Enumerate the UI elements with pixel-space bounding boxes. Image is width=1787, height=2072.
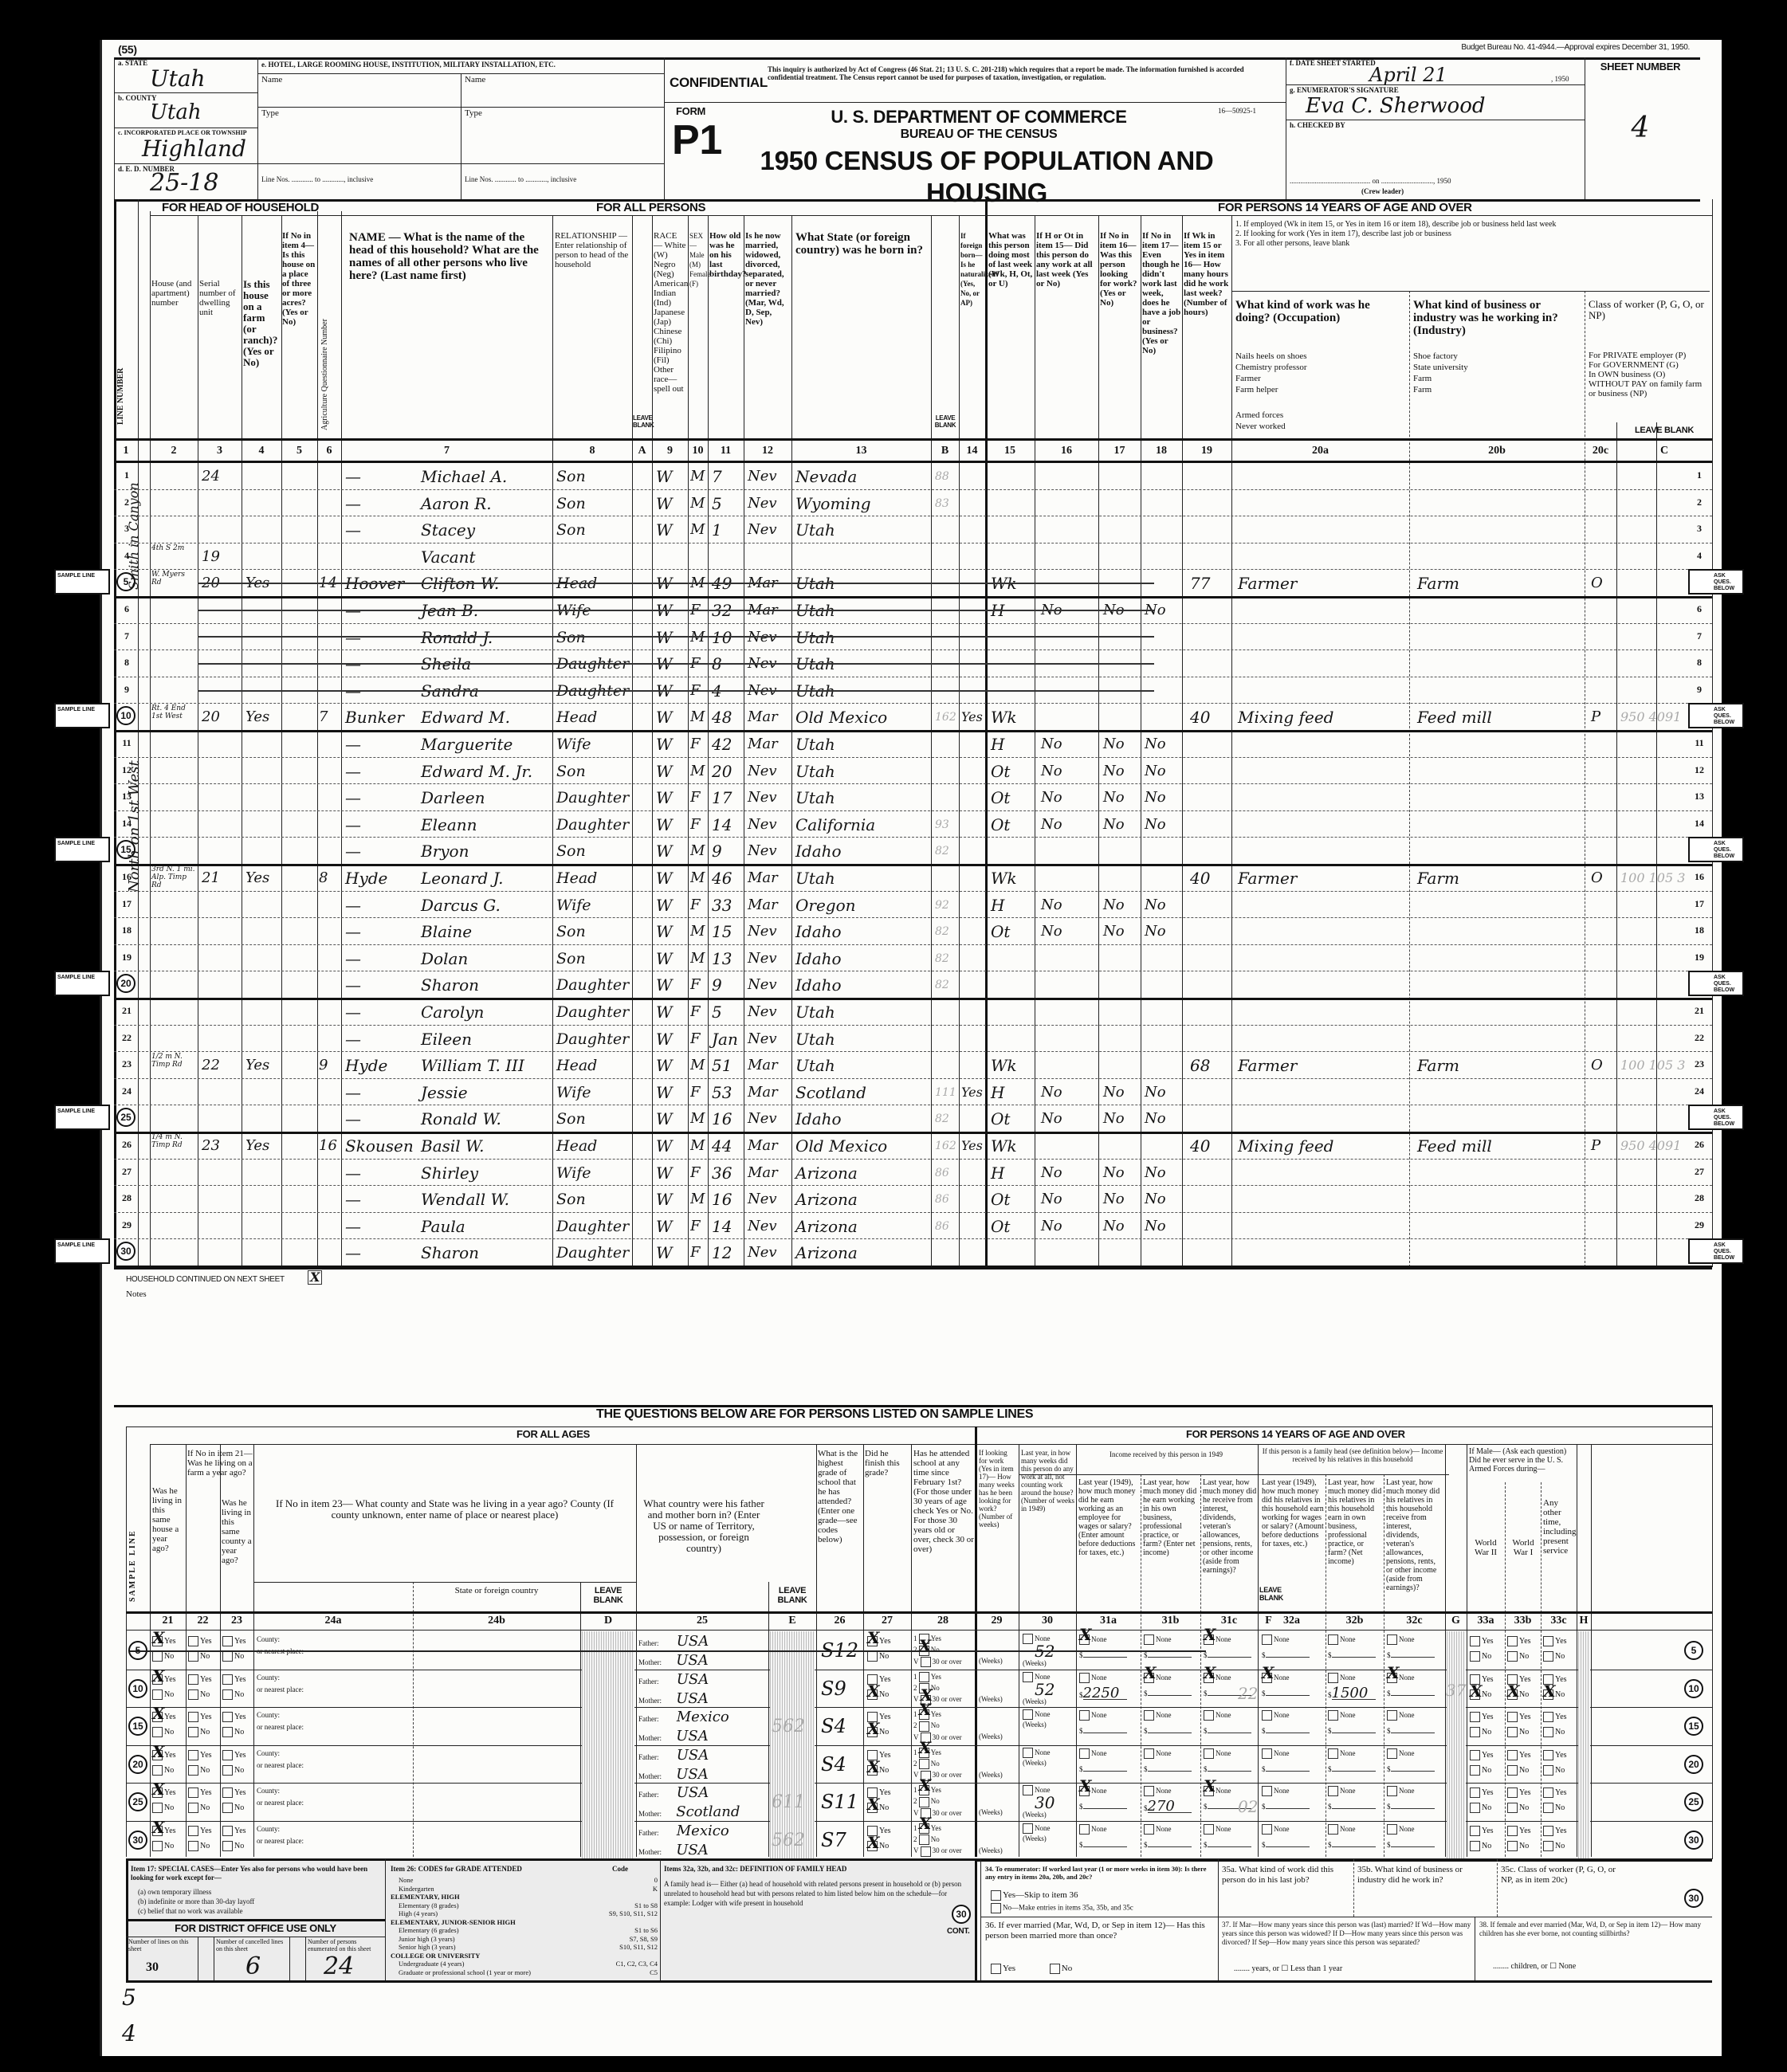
grade-code-item: Senior high (3 years)S10, S11, S12 [391, 1943, 658, 1952]
q30-none-checkbox[interactable] [1023, 1634, 1033, 1644]
cell-sex: M [690, 842, 705, 861]
q22-farm-no-checkbox[interactable] [188, 1803, 198, 1813]
q33a-ww2-yes-checkbox[interactable] [1470, 1636, 1480, 1646]
margin-note-top: Smith in Canyon [126, 470, 141, 590]
q23-same-county-yes-checkbox[interactable] [222, 1750, 233, 1760]
q23-same-county-no-checkbox[interactable] [222, 1727, 233, 1737]
q33c-other-service-no-checkbox[interactable] [1543, 1765, 1553, 1776]
q32c-relatives-other-none-checkbox[interactable] [1387, 1634, 1397, 1645]
q27-finished-grade-yes-checkbox[interactable] [867, 1636, 878, 1646]
q31a-wages-amount[interactable] [1083, 1733, 1127, 1733]
q31c-other-income-none-checkbox[interactable] [1204, 1786, 1214, 1796]
q33c-other-service-yes-checkbox[interactable] [1543, 1826, 1553, 1836]
q31c-other-income-amount[interactable] [1208, 1771, 1251, 1772]
cell-race: W [656, 1136, 673, 1156]
cell-marital: Mar [748, 735, 778, 754]
q33b-ww1-no-checkbox[interactable] [1507, 1727, 1518, 1737]
cell-activity: Ot [991, 922, 1010, 941]
class-examples: For PRIVATE employer (P) For GOVERNMENT … [1589, 351, 1708, 398]
cell-b: 88 [935, 467, 949, 486]
cell-farm: Yes [245, 1056, 269, 1075]
mother-birthplace: USA [676, 1690, 709, 1707]
q24-county-field[interactable]: County:or nearest place: [257, 1634, 304, 1658]
cell-given: Basil W. [421, 1136, 484, 1156]
q33c-other-service-yes-checkbox[interactable] [1543, 1636, 1553, 1646]
cell-farm: Yes [245, 869, 269, 888]
sample-column-number-27: 27 [863, 1615, 911, 1627]
cell-rel: Head [556, 869, 597, 888]
cell-marital: Nev [748, 1003, 777, 1022]
q33b-ww1-no-checkbox[interactable] [1507, 1803, 1518, 1813]
q23-same-county-yes-checkbox[interactable] [222, 1674, 233, 1685]
q35a-text: 35a. What kind of work did this person d… [1222, 1865, 1349, 1886]
q32b-relatives-business-none-checkbox[interactable] [1328, 1634, 1338, 1645]
q21-same-house-yes-checkbox[interactable] [152, 1787, 163, 1798]
cell-race: W [656, 494, 673, 513]
q22-farm-yes-checkbox[interactable] [188, 1787, 198, 1798]
cell-born: Utah [795, 1030, 835, 1049]
q31b-own-business-none-checkbox[interactable] [1144, 1634, 1154, 1645]
cell-b: 86 [935, 1164, 949, 1183]
table-row[interactable] [114, 543, 1712, 570]
q33b-ww1-no-checkbox[interactable] [1507, 1765, 1518, 1776]
line-number: 21 [116, 1005, 138, 1017]
q27-finished-grade-no-checkbox[interactable] [867, 1803, 878, 1813]
q30-none-checkbox[interactable] [1023, 1748, 1033, 1758]
cell-race: W [656, 735, 673, 754]
q32b-relatives-business-none-checkbox[interactable] [1328, 1710, 1338, 1721]
line-number-right: 6 [1688, 603, 1710, 615]
q33a-ww2-yes-checkbox[interactable] [1470, 1826, 1480, 1836]
column-number-4: 4 [242, 445, 281, 457]
q32a-relatives-wages-amount[interactable] [1266, 1733, 1310, 1733]
line-number-right: 9 [1688, 684, 1710, 696]
q27-finished-grade: YesNo [867, 1785, 891, 1815]
q21-same-house-yes-checkbox[interactable] [152, 1674, 163, 1685]
q31a-wages-amount[interactable] [1083, 1808, 1127, 1809]
grade-code-header: Code [612, 1865, 628, 1873]
cell-b: 82 [935, 922, 949, 941]
q23-same-county-no-checkbox[interactable] [222, 1765, 233, 1776]
q21-same-house-no-checkbox[interactable] [152, 1651, 163, 1662]
column-number-1: 1 [114, 445, 138, 457]
q32b-relatives-business-amount[interactable] [1332, 1846, 1376, 1847]
q32a-relatives-wages-amount[interactable] [1266, 1846, 1310, 1847]
q28-yes-checkbox[interactable] [919, 1709, 929, 1720]
strike-through-line [198, 663, 1154, 665]
cell-rel: Daughter [556, 975, 629, 995]
cell-house: 1/2 m N. Timp Rd [151, 1053, 195, 1069]
q33b-ww1-no-checkbox[interactable] [1507, 1651, 1518, 1662]
cell-rel: Son [556, 1190, 586, 1209]
q32c-relatives-other-amount[interactable] [1391, 1733, 1435, 1733]
cell-b: 82 [935, 842, 949, 861]
q36-no-checkbox[interactable] [1050, 1964, 1060, 1974]
q32a-relatives-wages-none-checkbox[interactable] [1262, 1824, 1272, 1835]
q31c-other-income-amount[interactable] [1208, 1733, 1251, 1733]
cell-agri: 7 [319, 708, 328, 727]
col-18-label: If No in item 17— Even though he didn't … [1142, 231, 1182, 355]
q31b-own-business-amount[interactable] [1148, 1695, 1192, 1696]
q22-farm-yes-checkbox[interactable] [188, 1750, 198, 1760]
q32b-relatives-business-none-checkbox[interactable] [1328, 1673, 1338, 1683]
q31b-own-business-amount[interactable] [1148, 1657, 1192, 1658]
q24-county-field[interactable]: County:or nearest place: [257, 1672, 304, 1696]
line-number: 23 [116, 1058, 138, 1070]
q32c-relatives-other: None$ [1387, 1709, 1435, 1736]
cell-marital: Nev [748, 788, 777, 807]
cell-age: 16 [712, 1109, 732, 1128]
line-number: 22 [116, 1032, 138, 1044]
cell-race: W [656, 708, 673, 727]
q32c-relatives-other-none-checkbox[interactable] [1387, 1786, 1397, 1796]
cell-surname: — [345, 762, 361, 781]
q28-yes-checkbox[interactable] [919, 1785, 929, 1795]
q21-same-house-no-checkbox[interactable] [152, 1689, 163, 1700]
q27-finished-grade-no-checkbox[interactable] [867, 1765, 878, 1776]
q22-farm-yes-checkbox[interactable] [188, 1636, 198, 1646]
q33a-ww2-yes-checkbox[interactable] [1470, 1750, 1480, 1760]
q28-yes-checkbox[interactable] [919, 1672, 929, 1682]
col-11-label: How old was he on his last birthday? [709, 231, 743, 279]
q27-finished-grade-no-checkbox[interactable] [867, 1841, 878, 1851]
sample-column-number-32c: 32c [1384, 1615, 1445, 1627]
q32a-relatives-wages-none-checkbox[interactable] [1262, 1634, 1272, 1645]
cell-work: No [1041, 922, 1062, 941]
q32a-relatives-wages-amount[interactable] [1266, 1657, 1310, 1658]
q32a-relatives-wages-none-checkbox[interactable] [1262, 1673, 1272, 1683]
line-number-right: 18 [1688, 924, 1710, 936]
q33c-other-service-no-checkbox[interactable] [1543, 1651, 1553, 1662]
cell-born: Utah [795, 735, 835, 754]
line-number-right: 1 [1688, 469, 1710, 481]
q32b-relatives-business-none-checkbox[interactable] [1328, 1786, 1338, 1796]
cell-given: Blaine [421, 922, 472, 941]
q32b-relatives-business: None$1500 [1328, 1672, 1376, 1701]
q28-30-over-checkbox[interactable] [921, 1657, 931, 1667]
q23-same-county-yes-checkbox[interactable] [222, 1636, 233, 1646]
cell-work: No [1041, 1190, 1062, 1209]
q32c-relatives-other-amount[interactable] [1391, 1771, 1435, 1772]
cell-industry: Farm [1417, 574, 1459, 593]
q21-same-house-yes-checkbox[interactable] [152, 1712, 163, 1722]
cancelled-lines-value: 6 [245, 1952, 261, 1980]
q32b-relatives-business-amount[interactable] [1332, 1657, 1376, 1658]
q34-no-checkbox[interactable] [991, 1903, 1001, 1913]
q27-finished-grade-no-checkbox[interactable] [867, 1651, 878, 1662]
q30-none-checkbox[interactable] [1023, 1785, 1033, 1795]
q28-no-checkbox[interactable] [919, 1835, 929, 1845]
q23-same-county-no-checkbox[interactable] [222, 1841, 233, 1851]
leave-blank-e-shading [770, 1745, 815, 1784]
q31a-wages-none-checkbox[interactable] [1079, 1824, 1090, 1835]
q22-farm-yes-checkbox[interactable] [188, 1674, 198, 1685]
q31a-wages-amount[interactable] [1083, 1846, 1127, 1847]
q27-finished-grade: YesNo [867, 1634, 891, 1664]
q32a-relatives-wages-amount[interactable] [1266, 1808, 1310, 1809]
q32c-relatives-other-none-checkbox[interactable] [1387, 1748, 1397, 1759]
q31b-own-business-amount[interactable] [1148, 1771, 1192, 1772]
ask-questions-below-tag: ASK QUES. BELOW [1688, 1105, 1744, 1130]
father-birthplace: USA [677, 1633, 709, 1650]
q32c-relatives-other-amount[interactable] [1391, 1846, 1435, 1847]
q33b-ww1-no-checkbox[interactable] [1507, 1841, 1518, 1851]
q24-county-field[interactable]: County:or nearest place: [257, 1785, 304, 1809]
cell-born: Idaho [795, 842, 842, 861]
q33a-ww2-no-checkbox[interactable] [1470, 1765, 1480, 1776]
q31a-wages-none-checkbox[interactable] [1079, 1786, 1090, 1796]
q32c-relatives-other-amount[interactable] [1391, 1657, 1435, 1658]
q33b-ww1-yes-checkbox[interactable] [1507, 1750, 1518, 1760]
col-20a-label: What kind of work was he doing? (Occupat… [1235, 299, 1407, 324]
q28-yes-checkbox[interactable] [919, 1748, 929, 1758]
q22-farm-no-checkbox[interactable] [188, 1689, 198, 1700]
q31b-own-business: None$ [1144, 1823, 1192, 1850]
q23-same-county-no-checkbox[interactable] [222, 1689, 233, 1700]
q31b-own-business-none-checkbox[interactable] [1144, 1786, 1154, 1796]
cell-given: Bryon [421, 842, 469, 861]
q32a-relatives-wages-amount[interactable] [1266, 1771, 1310, 1772]
cell-surname: — [345, 975, 361, 995]
q31b-own-business-amount[interactable] [1148, 1733, 1192, 1733]
q23-same-county-yes-checkbox[interactable] [222, 1787, 233, 1798]
q32b-relatives-business-none-checkbox[interactable] [1328, 1824, 1338, 1835]
q30-none-checkbox[interactable] [1023, 1823, 1033, 1834]
q36-yes-checkbox[interactable] [991, 1964, 1001, 1974]
q37-tail: ........ years, or ☐ Less than 1 year [1234, 1964, 1342, 1973]
q21-same-house-yes-checkbox[interactable] [152, 1750, 163, 1760]
cell-serial: 20 [202, 708, 220, 727]
q33c-other-service-yes-checkbox[interactable] [1543, 1787, 1553, 1798]
q34-yes-checkbox[interactable] [991, 1890, 1001, 1901]
q33b-ww1-yes-checkbox[interactable] [1507, 1787, 1518, 1798]
q33b-ww1-yes-checkbox[interactable] [1507, 1636, 1518, 1646]
q32c-relatives-other-amount[interactable] [1391, 1695, 1435, 1696]
col-32b-label: Last year, how much money did his relati… [1328, 1478, 1382, 1566]
col-10-label: SEX — Male (M) Female (F) [689, 231, 707, 288]
cell-serial: 19 [202, 547, 220, 567]
q24-county-field[interactable]: County:or nearest place: [257, 1709, 304, 1733]
q32b-relatives-business-amount[interactable]: 1500 [1332, 1688, 1376, 1700]
q22-farm-no-checkbox[interactable] [188, 1765, 198, 1776]
cell-rel: Wife [556, 735, 591, 754]
q27-finished-grade-no-checkbox[interactable] [867, 1727, 878, 1737]
cell-class: P [1591, 708, 1600, 727]
q32a-relatives-wages-none-checkbox[interactable] [1262, 1710, 1272, 1721]
col-31b-label: Last year, how much money did he earn wo… [1143, 1478, 1199, 1557]
leave-blank-e-code: 562 [772, 1717, 805, 1736]
cell-sex: M [690, 1136, 705, 1156]
cell-marital: Nev [748, 842, 777, 861]
q31b-own-business-none-checkbox[interactable] [1144, 1673, 1154, 1683]
q33b-ww1-no-checkbox[interactable] [1507, 1689, 1518, 1700]
cell-job: No [1145, 815, 1166, 834]
q22-farm-no-checkbox[interactable] [188, 1727, 198, 1737]
q33a-ww2-no-checkbox[interactable] [1470, 1651, 1480, 1662]
q22-farm-no-checkbox[interactable] [188, 1841, 198, 1851]
leave-blank-d-shading [582, 1821, 634, 1859]
q33a-ww2-no-checkbox[interactable] [1470, 1803, 1480, 1813]
q23-same-county-yes-checkbox[interactable] [222, 1826, 233, 1836]
q34-no-option[interactable]: No—Make entries in items 35a, 35b, and 3… [991, 1903, 1133, 1913]
q22-farm-no-checkbox[interactable] [188, 1651, 198, 1662]
q23-same-county-no-checkbox[interactable] [222, 1651, 233, 1662]
q32c-relatives-other: None$ [1387, 1672, 1435, 1699]
place-value: Highland [142, 135, 246, 162]
q21-same-house-no-checkbox[interactable] [152, 1803, 163, 1813]
q32c-relatives-other-none-checkbox[interactable] [1387, 1824, 1397, 1835]
q22-farm-yes-checkbox[interactable] [188, 1826, 198, 1836]
father-birthplace: Mexico [677, 1823, 729, 1839]
q31a-wages-amount[interactable] [1083, 1771, 1127, 1772]
q25-parents-birthplace: Father: USAMother: USA [638, 1633, 766, 1671]
cell-occupation: Farmer [1238, 1056, 1297, 1075]
q33c-other-service: YesNo [1543, 1785, 1567, 1815]
q31c-other-income-amount[interactable] [1208, 1846, 1251, 1847]
q31b-own-business-none-checkbox[interactable] [1144, 1748, 1154, 1759]
cell-age: 7 [712, 467, 722, 486]
q33c-other-service-yes-checkbox[interactable] [1543, 1712, 1553, 1722]
q21-same-house-no-checkbox[interactable] [152, 1841, 163, 1851]
col-33c-label: Any other time, including present servic… [1543, 1498, 1577, 1556]
q28-no-checkbox[interactable] [919, 1759, 929, 1769]
q30-weeks-worked: None30(Weeks) [1023, 1785, 1055, 1820]
q33a-ww2-yes-checkbox[interactable] [1470, 1712, 1480, 1722]
col-23-label: Was he living in this same county a year… [222, 1498, 253, 1565]
sample-row-line-circle: 25 [128, 1792, 147, 1811]
cell-rel: Daughter [556, 1003, 629, 1022]
q31c-other-income-none-checkbox[interactable] [1204, 1748, 1214, 1759]
census-sheet: (55) Budget Bureau No. 41-4944.—Approval… [100, 40, 1722, 2056]
cell-given: Stacey [421, 520, 475, 540]
q28-attended-school: 1 Yes2 NoV 30 or over [913, 1823, 962, 1857]
q32a-relatives-wages-amount[interactable] [1266, 1695, 1310, 1696]
q31a-wages-none-checkbox[interactable] [1079, 1673, 1090, 1683]
continuation-circle-30-right: 30 [1684, 1889, 1703, 1908]
q22-farm: YesNo [188, 1748, 212, 1778]
q32c-relatives-other-none-checkbox[interactable] [1387, 1710, 1397, 1721]
cell-c: 950 4091 [1620, 1136, 1681, 1156]
q29-weeks-label: (Weeks) [979, 1695, 1003, 1703]
q32b-relatives-business-none-checkbox[interactable] [1328, 1748, 1338, 1759]
sample-row-line-circle: 30 [128, 1831, 147, 1850]
weeks-worked-value: 30 [1023, 1795, 1055, 1810]
q30-none-checkbox[interactable] [1023, 1672, 1033, 1682]
district-office-title: FOR DISTRICT OFFICE USE ONLY [126, 1922, 385, 1934]
cell-age: 33 [712, 896, 732, 915]
cell-activity: Ot [991, 1109, 1010, 1128]
ask-questions-below-tag: ASK QUES. BELOW [1688, 703, 1744, 728]
q33a-ww2-no-checkbox[interactable] [1470, 1727, 1480, 1737]
cell-marital: Nev [748, 1217, 777, 1236]
q24-county-field[interactable]: County:or nearest place: [257, 1823, 304, 1847]
q33c-other-service-yes-checkbox[interactable] [1543, 1750, 1553, 1760]
special-cases-list: (a) own temporary illness (b) indefinite… [138, 1887, 377, 1916]
q33c-other-service-no-checkbox[interactable] [1543, 1841, 1553, 1851]
lines-on-sheet-label: Number of lines on this sheet [128, 1938, 196, 1952]
q24-county-field[interactable]: County:or nearest place: [257, 1748, 304, 1772]
q33c-other-service-no-checkbox[interactable] [1543, 1727, 1553, 1737]
q31c-other-income-none-checkbox[interactable] [1204, 1673, 1214, 1683]
q23-same-county: YesNo [222, 1748, 246, 1778]
cell-given: Wendall W. [421, 1190, 509, 1209]
q31c-other-income-none-checkbox[interactable] [1204, 1634, 1214, 1645]
cell-surname: — [345, 520, 361, 540]
cell-marital: Nev [748, 922, 777, 941]
q33b-ww1-yes-checkbox[interactable] [1507, 1712, 1518, 1722]
q28-30-over-checkbox[interactable] [921, 1846, 931, 1857]
q31c-other-income-none-checkbox[interactable] [1204, 1710, 1214, 1721]
q31b-own-business-none-checkbox[interactable] [1144, 1824, 1154, 1835]
q32b-relatives-business-amount[interactable] [1332, 1808, 1376, 1809]
q28-no-checkbox[interactable] [919, 1721, 929, 1732]
q34-yes-option[interactable]: Yes—Skip to item 36 [991, 1890, 1078, 1901]
q32a-relatives-wages-none-checkbox[interactable] [1262, 1748, 1272, 1759]
q31c-other-income-amount[interactable] [1208, 1657, 1251, 1658]
q31a-wages-none-checkbox[interactable] [1079, 1710, 1090, 1721]
q33b-ww1: YesNo [1507, 1785, 1531, 1815]
q31b-own-business-amount[interactable] [1148, 1846, 1192, 1847]
q27-finished-grade-no-checkbox[interactable] [867, 1689, 878, 1700]
q28-no-checkbox[interactable] [919, 1797, 929, 1807]
cell-race: W [656, 520, 673, 540]
cell-occupation: Mixing feed [1238, 1136, 1333, 1156]
q31a-wages-amount[interactable] [1083, 1657, 1127, 1658]
crew-leader-label: (Crew leader) [1361, 187, 1404, 195]
q33a-ww2-no-checkbox[interactable] [1470, 1841, 1480, 1851]
q21-same-house-no-checkbox[interactable] [152, 1727, 163, 1737]
q23-same-county-yes-checkbox[interactable] [222, 1712, 233, 1722]
q33b-ww1-yes-checkbox[interactable] [1507, 1826, 1518, 1836]
q32c-relatives-other-none-checkbox[interactable] [1387, 1673, 1397, 1683]
col-6-label: Agriculture Questionnaire Number [320, 295, 340, 430]
cell-b: 82 [935, 1109, 949, 1128]
cell-class: P [1591, 1136, 1600, 1156]
q31a-wages-amount[interactable]: 2250 [1083, 1688, 1127, 1700]
column-number-10: 10 [688, 445, 708, 457]
cell-b: 162 [935, 708, 956, 727]
q31b-own-business-none-checkbox[interactable] [1144, 1710, 1154, 1721]
q32b-relatives-business-amount[interactable] [1332, 1733, 1376, 1733]
q38-tail: ........ children, or ☐ None [1493, 1962, 1576, 1971]
cell-c: 100 105 3 [1620, 869, 1685, 888]
q33a-ww2-no-checkbox[interactable] [1470, 1689, 1480, 1700]
q33c-other-service-no-checkbox[interactable] [1543, 1689, 1553, 1700]
q31b-own-business-amount[interactable]: 270 [1148, 1801, 1192, 1813]
q31a-wages-none-checkbox[interactable] [1079, 1748, 1090, 1759]
q21-same-house-yes-checkbox[interactable] [152, 1826, 163, 1836]
q31c-other-income-none-checkbox[interactable] [1204, 1824, 1214, 1835]
q31a-wages-none-checkbox[interactable] [1079, 1634, 1090, 1645]
cell-hours: 40 [1190, 869, 1210, 888]
q32a-relatives-wages-none-checkbox[interactable] [1262, 1786, 1272, 1796]
q33c-other-service-no-checkbox[interactable] [1543, 1803, 1553, 1813]
household-continued-checkbox[interactable]: X [308, 1270, 322, 1285]
cell-age: 36 [712, 1164, 732, 1183]
q23-same-county-no-checkbox[interactable] [222, 1803, 233, 1813]
q28-yes-checkbox[interactable] [919, 1823, 929, 1834]
q30-none-checkbox[interactable] [1023, 1709, 1033, 1720]
cell-surname: — [345, 788, 361, 807]
q32c-relatives-other-amount[interactable] [1391, 1808, 1435, 1809]
cell-work: No [1041, 788, 1062, 807]
q22-farm-yes-checkbox[interactable] [188, 1712, 198, 1722]
q21-same-house-yes-checkbox[interactable] [152, 1636, 163, 1646]
special-cases-title: Item 17: SPECIAL CASES—Enter Yes also fo… [131, 1865, 382, 1882]
q21-same-house-no-checkbox[interactable] [152, 1765, 163, 1776]
q33a-ww2-yes-checkbox[interactable] [1470, 1787, 1480, 1798]
q32b-relatives-business-amount[interactable] [1332, 1771, 1376, 1772]
